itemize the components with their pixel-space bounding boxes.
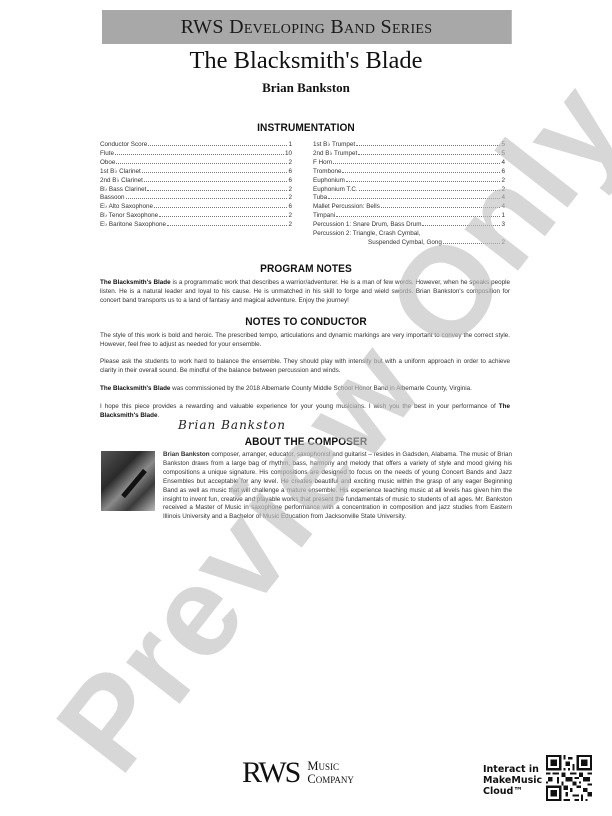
dot-leader — [359, 190, 501, 191]
instrument-row: Tuba4 — [313, 194, 505, 203]
about-composer-heading: ABOUT THE COMPOSER — [24, 436, 587, 448]
conductor-paragraph-1: The style of this work is bold and heroi… — [100, 332, 510, 350]
instrument-name: E♭ Baritone Saxophone — [100, 221, 166, 230]
makemusic-cloud-label: Interact in MakeMusic Cloud™ — [483, 764, 542, 797]
instrument-row: B♭ Tenor Saxophone2 — [100, 212, 292, 221]
dot-leader — [422, 225, 500, 226]
conductor-paragraph-3: The Blacksmith's Blade was commissioned … — [100, 385, 510, 394]
instrument-row: Trombone6 — [313, 168, 505, 177]
instrument-count: 2 — [288, 194, 292, 203]
instrument-row: Oboe2 — [100, 159, 292, 168]
dot-leader — [116, 163, 287, 164]
dot-leader — [115, 154, 284, 155]
notes-to-conductor-heading: NOTES TO CONDUCTOR — [24, 316, 587, 328]
series-banner: RWS Developing Band Series — [102, 10, 512, 44]
instrument-count: 2 — [288, 159, 292, 168]
instrument-count: 4 — [501, 203, 505, 212]
instrumentation-left-column: Conductor Score1Flute10Oboe21st B♭ Clari… — [100, 141, 292, 230]
instrument-count: 2 — [288, 212, 292, 221]
instrument-name: Bassoon — [100, 194, 125, 203]
instrument-row: Mallet Percussion: Bells4 — [313, 203, 505, 212]
instrument-count: 3 — [501, 221, 505, 230]
instrument-name: Euphonium — [313, 177, 345, 186]
instrument-row: Conductor Score1 — [100, 141, 292, 150]
composer-signature: Brian Bankston — [178, 418, 286, 432]
instrument-name: Trombone — [313, 168, 341, 177]
instrument-count: 5 — [501, 141, 505, 150]
instrument-row: Euphonium2 — [313, 177, 505, 186]
instrument-count: 4 — [501, 159, 505, 168]
instrument-count: 10 — [285, 150, 292, 159]
instrument-row: Timpani1 — [313, 212, 505, 221]
instrument-name: Euphonium T.C. — [313, 186, 358, 195]
instrument-count: 6 — [288, 168, 292, 177]
instrument-row: 2nd B♭ Clarinet6 — [100, 177, 292, 186]
instrument-name: Mallet Percussion: Bells — [313, 203, 380, 212]
instrument-count: 6 — [288, 203, 292, 212]
instrument-name: B♭ Bass Clarinet — [100, 186, 146, 195]
instrument-count: 1 — [288, 141, 292, 150]
instrument-name: 1st B♭ Trumpet — [313, 141, 355, 150]
conductor-paragraph-2: Please ask the students to work hard to … — [100, 358, 510, 376]
piece-title-bold: The Blacksmith's Blade — [100, 279, 171, 286]
instrument-row: Percussion 1: Snare Drum, Bass Drum3 — [313, 221, 505, 230]
dot-leader — [381, 207, 501, 208]
instrument-count: 1 — [501, 212, 505, 221]
instrument-count: 2 — [501, 186, 505, 195]
dot-leader — [126, 198, 288, 199]
dot-leader — [154, 207, 287, 208]
instrument-name: E♭ Alto Saxophone — [100, 203, 153, 212]
instrument-name: Percussion 1: Snare Drum, Bass Drum — [313, 221, 421, 230]
instrument-name: Timpani — [313, 212, 335, 221]
instrument-name: Conductor Score — [100, 141, 147, 150]
instrument-row: Flute10 — [100, 150, 292, 159]
instrument-name: 1st B♭ Clarinet — [100, 168, 141, 177]
instrument-count: 2 — [288, 221, 292, 230]
instrument-row: 1st B♭ Trumpet5 — [313, 141, 505, 150]
instrument-name: B♭ Tenor Saxophone — [100, 212, 158, 221]
dot-leader — [443, 243, 501, 244]
series-title: RWS Developing Band Series — [181, 16, 433, 39]
instrument-row: Bassoon2 — [100, 194, 292, 203]
dot-leader — [333, 163, 500, 164]
dot-leader — [358, 154, 500, 155]
piece-title: The Blacksmith's Blade — [0, 47, 612, 75]
instrument-row: E♭ Alto Saxophone6 — [100, 203, 292, 212]
instrumentation-heading: INSTRUMENTATION — [24, 122, 587, 134]
dot-leader — [346, 181, 501, 182]
dot-leader — [147, 190, 287, 191]
instrument-count: 2 — [288, 186, 292, 195]
program-notes-heading: PROGRAM NOTES — [24, 263, 587, 275]
instrument-name: Flute — [100, 150, 114, 159]
dot-leader — [336, 216, 500, 217]
instrument-name: 2nd B♭ Trumpet — [313, 150, 357, 159]
instrument-row: F Horn4 — [313, 159, 505, 168]
dot-leader — [328, 198, 500, 199]
dot-leader — [159, 216, 287, 217]
instrument-count: 6 — [501, 168, 505, 177]
instrumentation-right-column: 1st B♭ Trumpet52nd B♭ Trumpet5F Horn4Tro… — [313, 141, 505, 248]
composer-bio: Brian Bankston composer, arranger, educa… — [163, 451, 512, 522]
instrument-row: Euphonium T.C.2 — [313, 186, 505, 195]
instrument-row: E♭ Baritone Saxophone2 — [100, 221, 292, 230]
composer-name: Brian Bankston — [0, 80, 612, 96]
instrument-row: B♭ Bass Clarinet2 — [100, 186, 292, 195]
instrument-name: 2nd B♭ Clarinet — [100, 177, 143, 186]
dot-leader — [167, 225, 287, 226]
qr-code-icon[interactable] — [546, 755, 592, 801]
instrument-count: 2 — [501, 239, 505, 248]
program-notes-text: The Blacksmith's Blade is a programmatic… — [100, 279, 510, 306]
rws-logo-mark: RWS — [242, 756, 299, 790]
instrument-name: Oboe — [100, 159, 115, 168]
instrument-row: 1st B♭ Clarinet6 — [100, 168, 292, 177]
conductor-paragraph-4: I hope this piece provides a rewarding a… — [100, 403, 510, 421]
rws-logo-text: MusicCompany — [307, 760, 354, 786]
instrument-row: Suspended Cymbal, Gong2 — [313, 239, 505, 248]
instrument-count: 4 — [501, 194, 505, 203]
rws-logo: RWS MusicCompany — [242, 756, 354, 790]
instrument-row: Percussion 2: Triangle, Crash Cymbal, — [313, 230, 505, 239]
instrument-count: 5 — [501, 150, 505, 159]
instrument-name: Tuba — [313, 194, 327, 203]
dot-leader — [144, 181, 288, 182]
dot-leader — [342, 172, 500, 173]
instrument-count: 2 — [501, 177, 505, 186]
instrument-name: Suspended Cymbal, Gong — [313, 239, 442, 248]
instrument-name: F Horn — [313, 159, 332, 168]
dot-leader — [142, 172, 288, 173]
instrument-row: 2nd B♭ Trumpet5 — [313, 150, 505, 159]
instrument-count: 6 — [288, 177, 292, 186]
dot-leader — [148, 145, 287, 146]
dot-leader — [356, 145, 500, 146]
composer-photo — [101, 451, 155, 511]
